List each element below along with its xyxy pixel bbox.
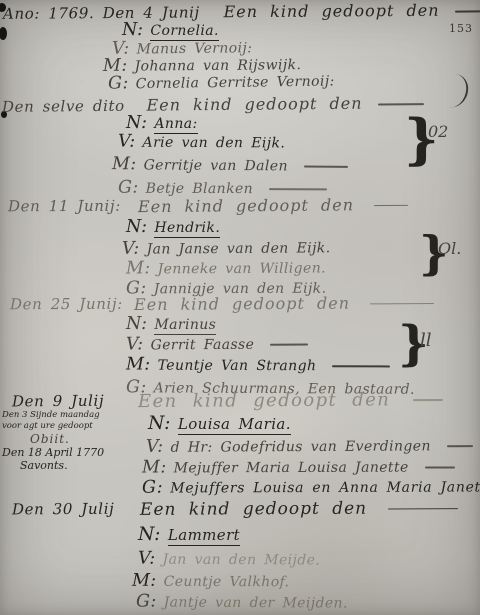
father-name: d Hr: Godefridus van Everdingen <box>171 438 431 455</box>
child-name-line: N:Louisa Maria. <box>148 413 291 434</box>
child-name: Lammert <box>168 526 240 546</box>
line-label: N: <box>138 524 161 545</box>
margin-note-obiit: Obiit. <box>30 432 70 446</box>
father-name: Arie van den Eijk. <box>143 135 286 152</box>
manuscript-page: 153 Ano: 1769. Den 4 Junij Een kind gedo… <box>0 0 480 615</box>
father-name: Jan van den Meijde. <box>163 552 321 569</box>
brace-annotation: ll <box>420 330 432 351</box>
ink-flourish <box>332 365 390 367</box>
entry-header-text: Een kind gedoopt den <box>138 389 390 412</box>
ink-flourish <box>270 344 308 346</box>
entry-date: Den selve dito <box>2 97 125 116</box>
witness-line: G:Jantje van der Meijden. <box>136 591 348 612</box>
line-label: G: <box>108 73 129 93</box>
mother-name: Mejuffer Maria Louisa Janette <box>174 460 409 477</box>
entry-header-text: Een kind gedoopt den <box>134 294 350 315</box>
mother-line: M:Teuntje Van Strangh <box>126 355 390 376</box>
witness-name: Jantje van der Meijden. <box>164 595 348 612</box>
ink-flourish <box>304 166 348 168</box>
ink-flourish <box>378 103 424 105</box>
entry-date: Den 25 Junij: <box>10 295 123 314</box>
entry-date-line: Den 25 Junij: <box>10 295 123 314</box>
line-label: G: <box>136 591 157 611</box>
child-name: Louisa Maria. <box>178 415 291 435</box>
father-name: Gerrit Faasse <box>151 337 255 354</box>
line-label: M: <box>142 457 167 477</box>
line-label: V: <box>126 334 144 354</box>
line-label: N: <box>122 20 143 40</box>
entry-date: Den 30 Julij <box>12 500 114 519</box>
witness-line: G:Cornelia Gerritse Vernoij: <box>108 70 335 93</box>
ink-flourish <box>388 508 458 510</box>
ink-flourish <box>413 399 443 401</box>
line-label: V: <box>146 437 164 457</box>
ink-flourish <box>455 10 480 12</box>
line-label: M: <box>112 154 137 174</box>
father-line: V:Gerrit Faasse <box>126 334 308 355</box>
father-line: V:Jan Janse van den Eijk. <box>122 237 331 258</box>
father-name: Jan Janse van den Eijk. <box>147 240 331 257</box>
witness-name: Betje Blanken <box>146 181 253 197</box>
entry-header: Een kind gedoopt den <box>140 498 458 520</box>
mother-name: Ceuntje Valkhof. <box>164 574 290 590</box>
entry-header: Een kind gedoopt den <box>134 293 434 314</box>
child-name-line: N:Lammert <box>138 524 240 545</box>
child-name: Marinus <box>154 317 216 335</box>
pen-flourish-curve <box>442 73 470 110</box>
entry-header: Een kind gedoopt den <box>138 195 408 216</box>
father-line: V:Jan van den Meijde. <box>138 549 320 570</box>
line-label: N: <box>148 413 171 434</box>
entry-header-text: Een kind gedoopt den <box>138 195 354 216</box>
father-line: V:Arie van den Eijk. <box>118 132 285 153</box>
line-label: V: <box>118 132 136 152</box>
margin-note-time: Savonts. <box>20 459 68 472</box>
mother-name: Teuntje Van Strangh <box>158 358 317 375</box>
father-line: V:d Hr: Godefridus van Everdingen <box>146 435 473 457</box>
ink-flourish <box>374 204 408 206</box>
entry-date-line: Den 9 Julij <box>12 392 104 411</box>
entry-header-text: Een kind gedoopt den <box>146 94 362 115</box>
margin-note: Den 3 Sijnde maandag <box>2 410 100 420</box>
witness-name: Cornelia Gerritse Vernoij: <box>136 73 335 92</box>
entry-date-line: Den 30 Julij <box>12 500 114 519</box>
brace-annotation: 02 <box>428 122 448 141</box>
brace-annotation: Ol. <box>438 239 461 258</box>
mother-line: M:Ceuntje Valkhof. <box>132 571 290 592</box>
entry-header: Den selve dito Een kind gedoopt den <box>2 93 425 116</box>
line-label: N: <box>126 314 147 334</box>
line-label: V: <box>138 549 156 569</box>
margin-note: voor agt ure gedoopt <box>2 421 93 431</box>
child-name-line: N:Hendrik. <box>126 217 220 237</box>
mother-line: M:Mejuffer Maria Louisa Janette <box>142 456 455 477</box>
line-label: G: <box>142 478 163 498</box>
mother-name: Jenneke van Willigen. <box>158 260 326 277</box>
child-name: Hendrik. <box>154 220 220 238</box>
witness-name: Mejuffers Louisa en Anna Maria Janette <box>170 479 480 496</box>
entry-header-text: Een kind gedoopt den <box>140 499 367 520</box>
line-label: N: <box>126 113 147 133</box>
line-label: N: <box>126 217 147 237</box>
entry-date: Den 9 Julij <box>12 392 104 411</box>
entry-header-text: Een kind gedoopt den <box>223 1 439 22</box>
entry-date-line: Den 11 Junij: <box>8 197 121 216</box>
ink-flourish <box>370 303 434 305</box>
page-number: 153 <box>449 22 473 35</box>
line-label: M: <box>132 571 157 591</box>
ink-blot <box>0 27 7 40</box>
line-label: V: <box>122 239 140 259</box>
ink-flourish <box>447 445 473 447</box>
margin-note-date: Den 18 April 1770 <box>2 446 104 459</box>
mother-line: M:Jenneke van Willigen. <box>126 257 326 278</box>
entry-header: Een kind gedoopt den <box>138 389 443 412</box>
witness-line: G:Mejuffers Louisa en Anna Maria Janette <box>142 476 480 497</box>
child-name-line: N:Marinus <box>126 314 216 334</box>
line-label: M: <box>126 355 151 375</box>
line-label: G: <box>118 178 139 198</box>
line-label: M: <box>126 258 151 278</box>
child-name-line: N:Anna: <box>126 113 198 133</box>
ink-flourish <box>269 188 327 190</box>
mother-name: Gerritje van Dalen <box>144 157 288 174</box>
mother-line: M:Gerritje van Dalen <box>112 154 348 176</box>
ink-flourish <box>425 467 455 469</box>
entry-date: Den 11 Junij: <box>8 197 121 216</box>
entry-header: Ano: 1769. Den 4 Junij Een kind gedoopt … <box>3 0 480 23</box>
